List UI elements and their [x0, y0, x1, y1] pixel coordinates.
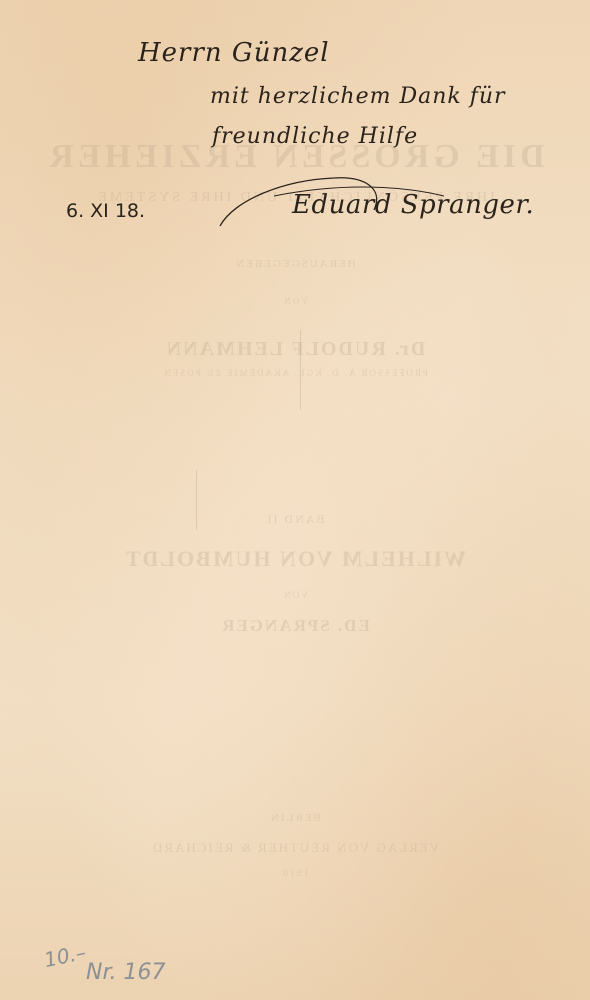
showthrough-year: 1910: [0, 868, 590, 879]
showthrough-volume: BAND II: [0, 512, 590, 527]
showthrough-title: WILHELM VON HUMBOLDT: [0, 546, 590, 572]
dedication-line-3: freundliche Hilfe: [212, 124, 418, 149]
showthrough-editor: Dr. RUDOLF LEHMANN: [0, 338, 590, 361]
showthrough-edited-label: HERAUSGEGEBEN: [0, 258, 590, 270]
showthrough-editor-title: PROFESSOR A. D. KGL. AKADEMIE ZU POSEN: [0, 368, 590, 378]
showthrough-author: ED. SPRANGER: [0, 616, 590, 636]
pencil-price: 10.–: [42, 940, 88, 972]
signature: Eduard Spranger.: [292, 190, 534, 220]
showthrough-von: VON: [0, 296, 590, 306]
dedication-recipient: Herrn Günzel: [138, 38, 330, 68]
showthrough-city: BERLIN: [0, 812, 590, 824]
dedication-line-2: mit herzlichem Dank für: [210, 84, 506, 109]
flyleaf-page: DIE GROSSEN ERZIEHER IHRE PERSÖNLICHKEIT…: [0, 0, 590, 1000]
showthrough-publisher: VERLAG VON REUTHER & REICHARD: [0, 840, 590, 856]
pencil-catalog-number: Nr. 167: [86, 960, 165, 985]
showthrough-von: VON: [0, 590, 590, 600]
dedication-date: 6. XI 18.: [66, 200, 145, 222]
